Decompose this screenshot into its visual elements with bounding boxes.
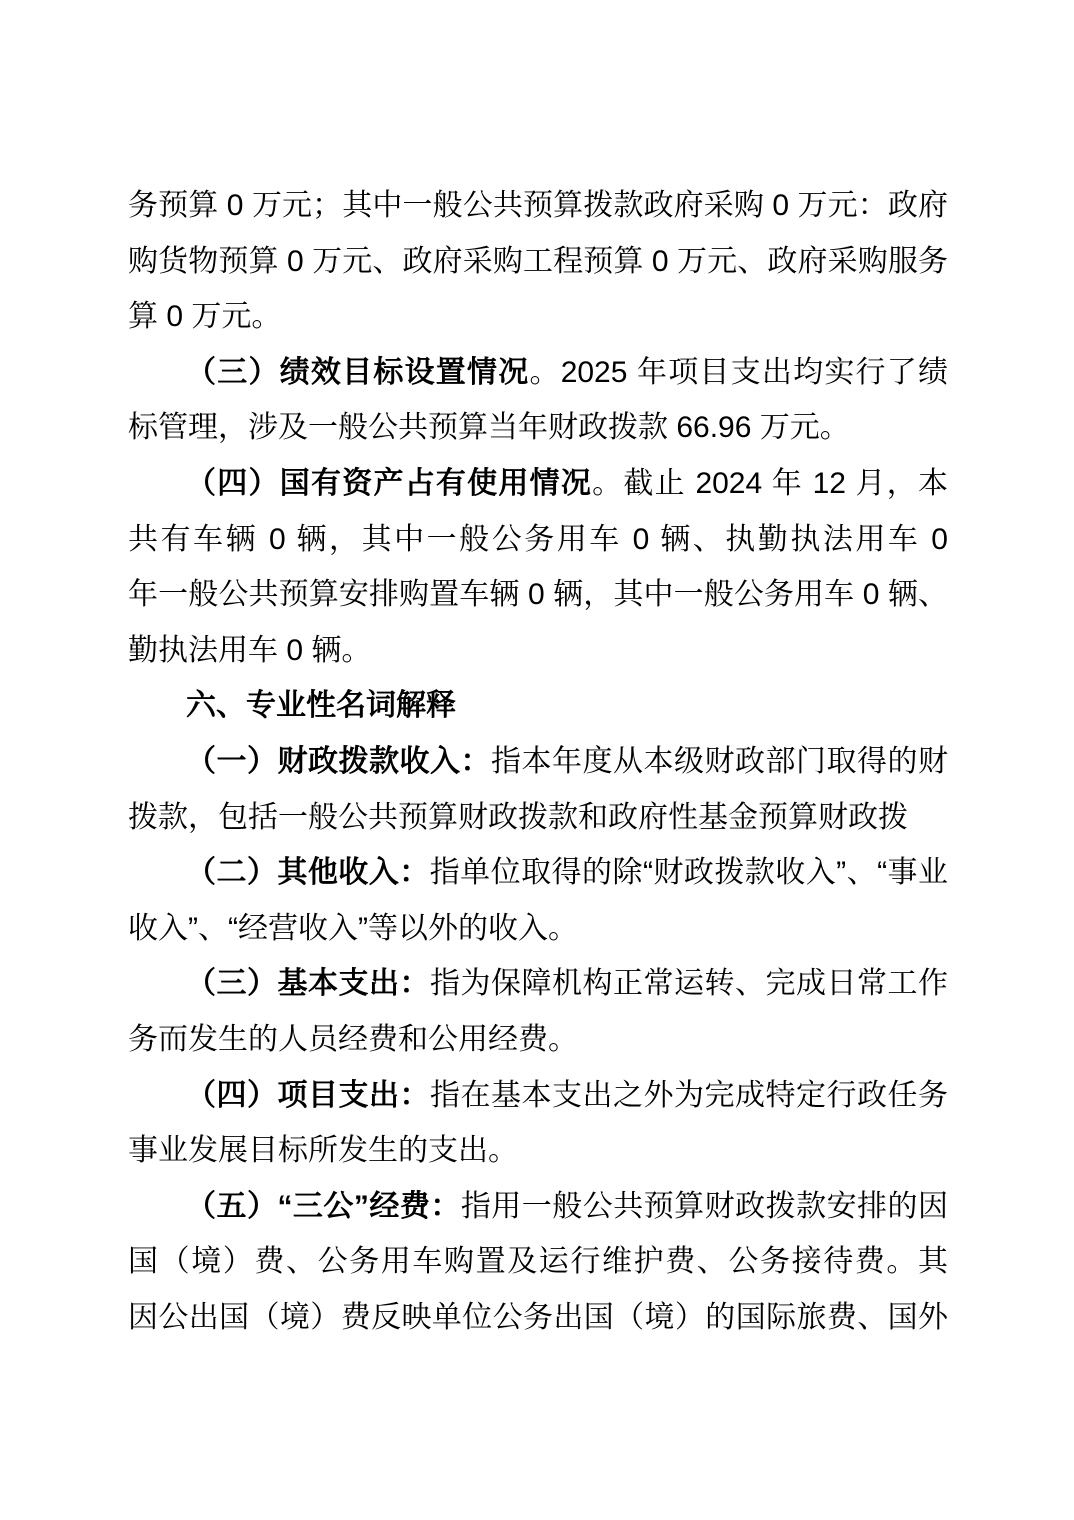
text-run: 事业发展目标所发生的支出。 xyxy=(128,1134,518,1167)
text-line: 拨款，包括一般公共预算财政拨款和政府性基金预算财政拨款。 xyxy=(128,790,948,846)
text-run: 算 0 万元。 xyxy=(128,300,281,333)
text-line: 算 0 万元。 xyxy=(128,289,948,345)
bold-text-run: （四）项目支出： xyxy=(186,1079,430,1112)
bold-text-run: （三）基本支出： xyxy=(186,967,430,1000)
text-line: （四）项目支出：指在基本支出之外为完成特定行政任务和 xyxy=(128,1068,948,1124)
document-page: 务预算 0 万元；其中一般公共预算拨款政府采购 0 万元：政府采购货物预算 0 … xyxy=(0,0,1074,1520)
bold-text-run: （三）绩效目标设置情况 xyxy=(186,356,529,389)
text-run: 年一般公共预算安排购置车辆 0 辆，其中一般公务用车 0 辆、执 xyxy=(128,578,948,623)
para-term-three-public-expenses: （五）“三公”经费：指用一般公共预算财政拨款安排的因公出国（境）费、公务用车购置… xyxy=(128,1179,948,1346)
text-run: 勤执法用车 0 辆。 xyxy=(128,634,371,667)
text-run: 因公出国（境）费反映单位公务出国（境）的国际旅费、国外城 xyxy=(128,1301,948,1346)
text-line: 共有车辆 0 辆，其中一般公务用车 0 辆、执勤执法用车 0 辆。2025 xyxy=(128,512,948,568)
document-content: 务预算 0 万元；其中一般公共预算拨款政府采购 0 万元：政府采购货物预算 0 … xyxy=(128,178,948,1345)
text-line: （三）基本支出：指为保障机构正常运转、完成日常工作任 xyxy=(128,956,948,1012)
text-line: 标管理，涉及一般公共预算当年财政拨款 66.96 万元。 xyxy=(128,400,948,456)
text-line: 购货物预算 0 万元、政府采购工程预算 0 万元、政府采购服务预 xyxy=(128,234,948,290)
text-run: 收入”、“经营收入”等以外的收入。 xyxy=(128,912,578,945)
para-term-project-expenditure: （四）项目支出：指在基本支出之外为完成特定行政任务和事业发展目标所发生的支出。 xyxy=(128,1068,948,1179)
text-line: （二）其他收入：指单位取得的除“财政拨款收入”、“事业 xyxy=(128,845,948,901)
text-line: 务预算 0 万元；其中一般公共预算拨款政府采购 0 万元：政府采 xyxy=(128,178,948,234)
text-run: 务而发生的人员经费和公用经费。 xyxy=(128,1023,578,1056)
bold-text-run: （一）财政拨款收入： xyxy=(186,745,491,778)
text-run: 务预算 0 万元；其中一般公共预算拨款政府采购 0 万元：政府采 xyxy=(128,189,948,234)
text-run: 拨款，包括一般公共预算财政拨款和政府性基金预算财政拨款。 xyxy=(128,801,908,846)
heading-terminology: 六、专业性名词解释 xyxy=(128,678,948,734)
para-government-procurement-continued: 务预算 0 万元；其中一般公共预算拨款政府采购 0 万元：政府采购货物预算 0 … xyxy=(128,178,948,345)
text-line: （五）“三公”经费：指用一般公共预算财政拨款安排的因公出 xyxy=(128,1179,948,1235)
text-run: 指单位取得的除“财政拨款收入”、“事业 xyxy=(430,856,948,889)
text-run: 购货物预算 0 万元、政府采购工程预算 0 万元、政府采购服务预 xyxy=(128,245,948,290)
text-line: （四）国有资产占有使用情况。截止 2024 年 12 月，本单位 xyxy=(128,456,948,512)
text-line: 收入”、“经营收入”等以外的收入。 xyxy=(128,901,948,957)
text-line: 事业发展目标所发生的支出。 xyxy=(128,1123,948,1179)
text-run: 标管理，涉及一般公共预算当年财政拨款 66.96 万元。 xyxy=(128,411,850,444)
text-run: 共有车辆 0 辆，其中一般公务用车 0 辆、执勤执法用车 0 辆。2025 xyxy=(128,523,948,568)
bold-text-run: （四）国有资产占有使用情况 xyxy=(186,467,592,500)
text-line: 六、专业性名词解释 xyxy=(128,678,948,734)
para-term-fiscal-appropriation-income: （一）财政拨款收入：指本年度从本级财政部门取得的财政拨款，包括一般公共预算财政拨… xyxy=(128,734,948,845)
para-state-assets: （四）国有资产占有使用情况。截止 2024 年 12 月，本单位共有车辆 0 辆… xyxy=(128,456,948,678)
text-line: 务而发生的人员经费和公用经费。 xyxy=(128,1012,948,1068)
text-line: 年一般公共预算安排购置车辆 0 辆，其中一般公务用车 0 辆、执 xyxy=(128,567,948,623)
text-line: 国（境）费、公务用车购置及运行维护费、公务接待费。其中， xyxy=(128,1234,948,1290)
para-performance-targets: （三）绩效目标设置情况。2025 年项目支出均实行了绩效目标管理，涉及一般公共预… xyxy=(128,345,948,456)
bold-text-run: （五）“三公”经费： xyxy=(186,1190,461,1223)
para-term-basic-expenditure: （三）基本支出：指为保障机构正常运转、完成日常工作任务而发生的人员经费和公用经费… xyxy=(128,956,948,1067)
bold-text-run: 六、专业性名词解释 xyxy=(186,689,456,722)
text-run: 国（境）费、公务用车购置及运行维护费、公务接待费。其中， xyxy=(128,1245,948,1290)
text-line: （三）绩效目标设置情况。2025 年项目支出均实行了绩效目 xyxy=(128,345,948,401)
text-line: 勤执法用车 0 辆。 xyxy=(128,623,948,679)
para-term-other-income: （二）其他收入：指单位取得的除“财政拨款收入”、“事业收入”、“经营收入”等以外… xyxy=(128,845,948,956)
text-line: 因公出国（境）费反映单位公务出国（境）的国际旅费、国外城 xyxy=(128,1290,948,1346)
text-line: （一）财政拨款收入：指本年度从本级财政部门取得的财政 xyxy=(128,734,948,790)
bold-text-run: （二）其他收入： xyxy=(186,856,430,889)
